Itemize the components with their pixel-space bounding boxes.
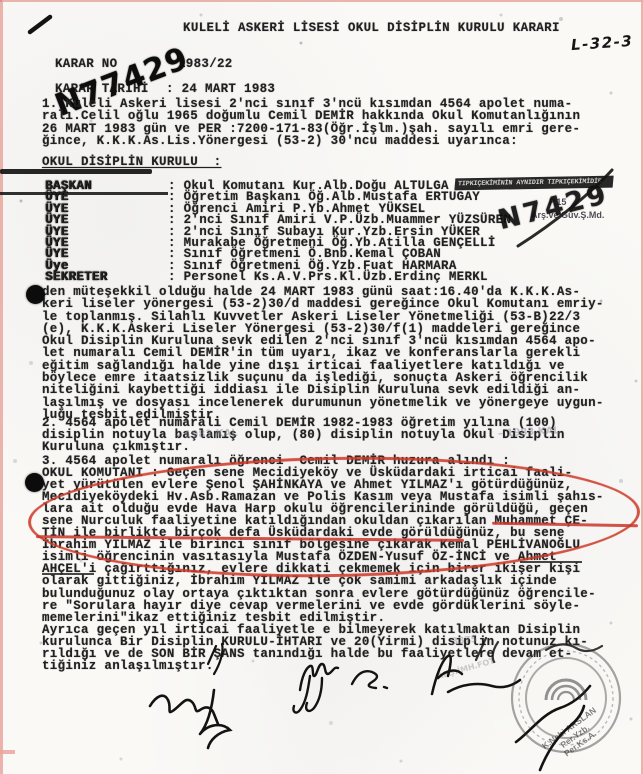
paragraph-1: 1. Kuleli Askeri lisesi 2'nci sınıf 3'nc… — [42, 98, 580, 147]
signature — [352, 671, 387, 688]
text-line: olarak gittiğiniz, İbrahim YILMAZ ile ço… — [42, 575, 604, 587]
signature — [448, 680, 520, 692]
text-line: ralı.Celil oğlu 1965 doğumlu Cemil DEMİR… — [42, 110, 580, 122]
pen-mark — [30, 17, 50, 32]
signature — [150, 696, 218, 724]
typed-underline — [520, 561, 582, 563]
faint-kal-stamp-left: – 1983 KAL — [176, 428, 238, 441]
margin-heavy-rule — [0, 169, 152, 174]
scan-edge-top — [0, 0, 643, 2]
text-line: rıldığı ve de SON BİR ŞANS tanındığı hal… — [42, 648, 604, 660]
text-line: Kuruluna çıkmıştır. — [42, 441, 565, 453]
text-line: tiğiniz anlaşılmıştır. — [42, 660, 604, 672]
document-title: KULELİ ASKERİ LİSESİ OKUL DİSİPLİN KURUL… — [183, 21, 560, 35]
signature — [293, 676, 322, 713]
paragraph-2: 2. 4564 apolet numaralı Cemil DEMİR 1982… — [42, 417, 565, 454]
board-member-row: SEKRETER : Personel Ks.A.V.Prs.Kl.Üzb.Er… — [45, 272, 511, 283]
text-line: keri liseler yönergesi (53-2)30/d maddes… — [42, 298, 604, 310]
typed-underline — [42, 573, 94, 575]
hole-punch-mark — [25, 473, 44, 492]
hole-punch-mark — [26, 285, 45, 304]
scanned-document-page: KULELİ ASKERİ LİSESİ OKUL DİSİPLİN KURUL… — [0, 0, 643, 774]
text-line: bulunduğunuz olay ortaya çıktıktan sonra… — [42, 588, 604, 600]
decision-date-value: : 24 MART 1983 — [166, 82, 275, 96]
text-line: memelerini"ikaz ettiğiniz tesbit edilmiş… — [42, 612, 604, 624]
text-line: kurulunca Bir Disiplin KURULU-İHTARI ve … — [42, 636, 604, 648]
board-heading: OKUL DİSİPLİN KURULU : — [42, 155, 221, 169]
scan-edge-mark — [0, 750, 15, 754]
file-code-handwritten: L-32-3 — [570, 32, 633, 54]
scan-noise — [0, 0, 2, 2]
scan-edge-left — [0, 0, 3, 774]
paragraph-board-decision: den müteşekkil olduğu halde 24 MART 1983… — [42, 286, 604, 421]
member-role: SEKRETER — [45, 272, 168, 283]
member-name: : Personel Ks.A.V.Prs.Kl.Üzb.Erdinç MERK… — [168, 272, 488, 283]
signature — [200, 690, 230, 748]
board-member-table: BAŞKAN : Okul Komutanı Kur.Alb.Doğu ALTU… — [45, 181, 511, 284]
text-line: Ayrıca geçen yıl irticai faaliyetle e bi… — [42, 624, 604, 636]
text-line: let numaralı Cemil DEMİR'in tüm uyarı, i… — [42, 347, 604, 359]
text-line: niteliğini kaybettiği iddiası ile Disipl… — [42, 384, 604, 396]
round-stamp-officer-label: K.Nebi ARSLAN Per.Yzb. Per.Ks.A. — [532, 699, 618, 773]
text-line: ğince, K.K.K.As.Lis.Yönergesi (53-2) 30'… — [42, 135, 580, 147]
text-line: re "Sorulara hayır diye cevap vermelerin… — [42, 600, 604, 612]
